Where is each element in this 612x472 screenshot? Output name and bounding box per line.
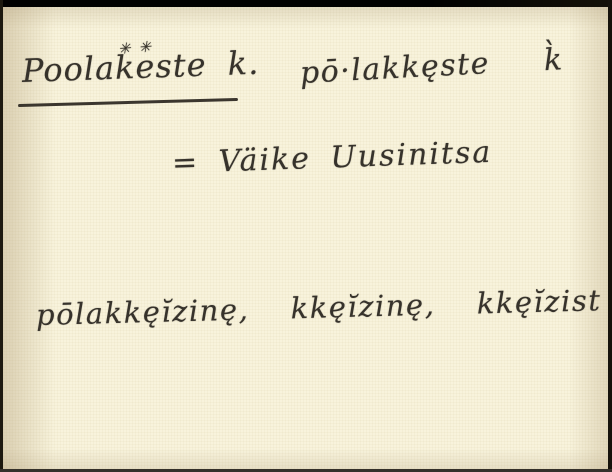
scan-border-top — [0, 0, 612, 7]
scan-border-left — [0, 0, 3, 472]
phonetic-title: pō·lakkęste k̀ — [299, 42, 564, 91]
derived-forms-line: pōlakkęĭzinę, kkęĭzinę, kkęĭzist — [36, 283, 602, 332]
scanned-card: Poolakeste k. ✳✳ pō·lakkęste k̀ = Väike … — [0, 0, 612, 472]
scan-border-right — [608, 0, 612, 472]
title-underline — [18, 98, 238, 107]
identification-line: = Väike Uusinitsa — [171, 135, 492, 181]
ink-correction-marks: ✳✳ — [117, 37, 159, 58]
